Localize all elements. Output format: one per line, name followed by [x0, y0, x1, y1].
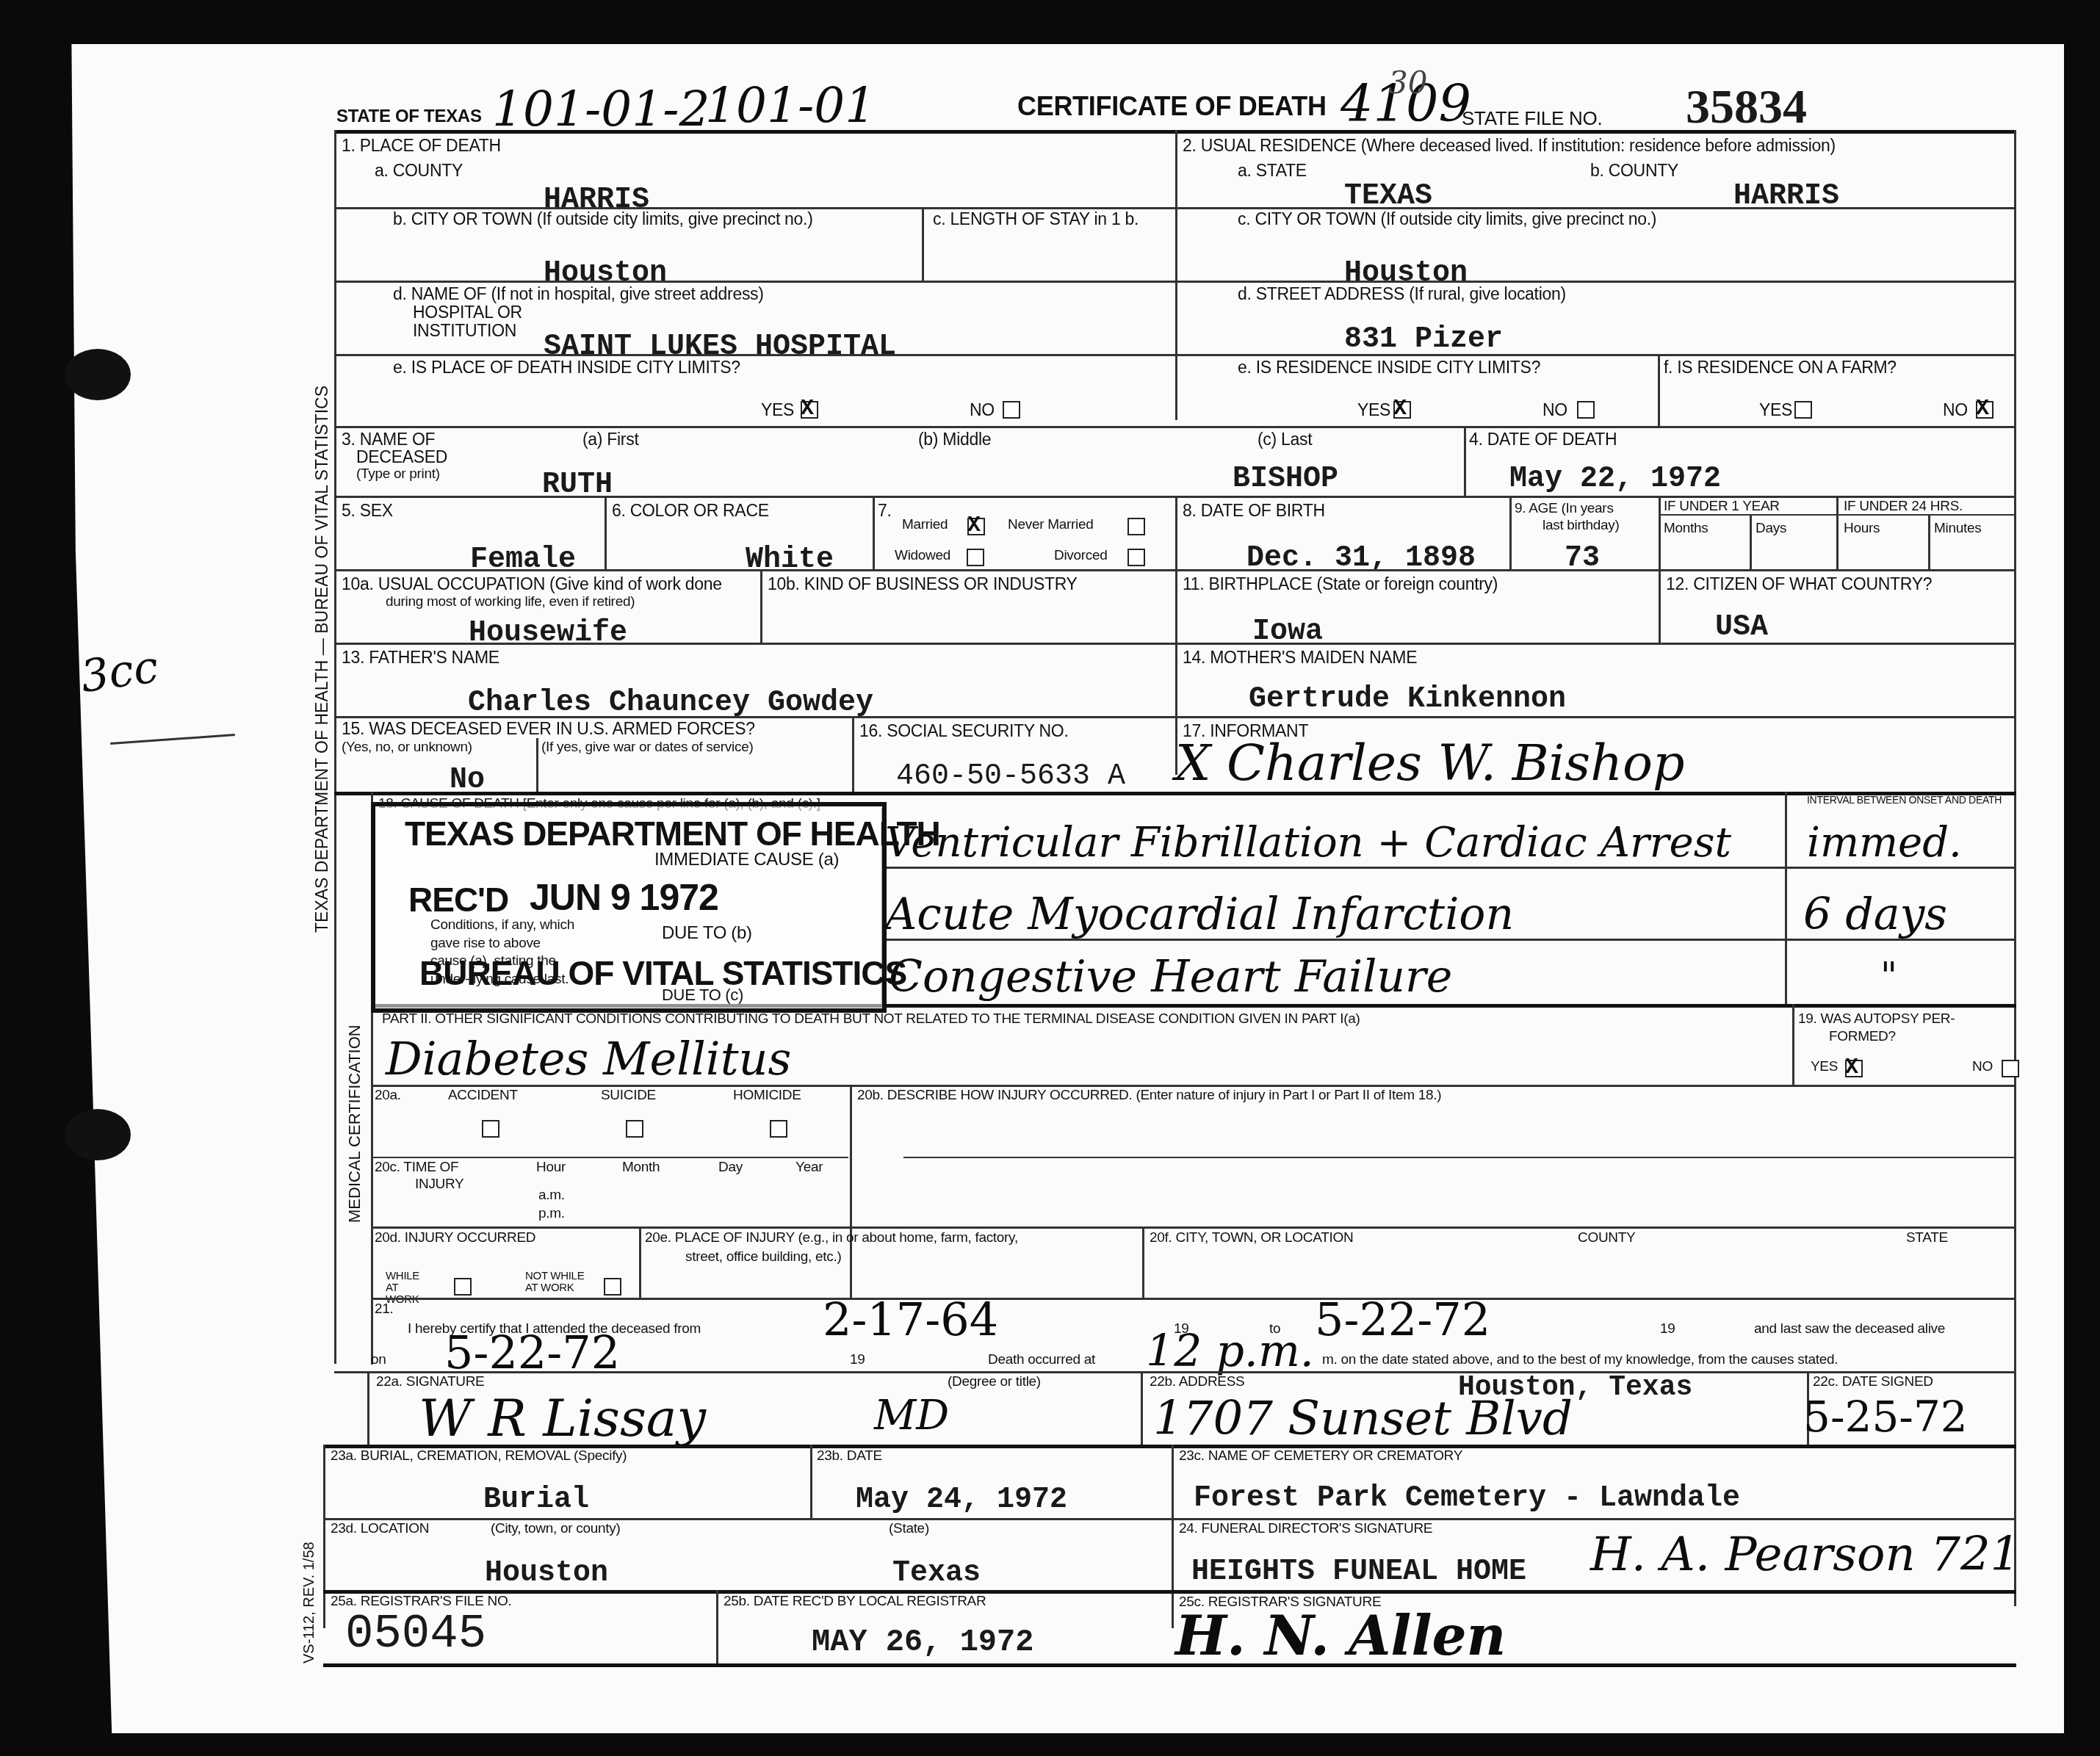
residence-inside-yes-label: YES: [1357, 401, 1390, 419]
rule: [334, 1371, 2016, 1373]
middle-name-label: (b) Middle: [918, 430, 991, 448]
rule: [1792, 1004, 1794, 1085]
race-value: White: [746, 543, 834, 577]
interval-c: ": [1880, 955, 1897, 997]
month-label: Month: [622, 1160, 660, 1175]
cemetery-value: Forest Park Cemetery - Lawndale: [1194, 1482, 1740, 1515]
death-occurred-label: Death occurred at: [988, 1353, 1095, 1367]
sex-value: Female: [470, 543, 576, 577]
rule: [536, 738, 538, 793]
ssn-value: 460-50-5633 A: [896, 760, 1125, 793]
registrar-signature: H. N. Allen: [1175, 1605, 1506, 1668]
last-name-label: (c) Last: [1258, 430, 1312, 448]
informant-signature: X Charles W. Bishop: [1175, 734, 1685, 792]
injury-county-label: COUNTY: [1578, 1231, 1635, 1246]
injury-occurred-label: 20d. INJURY OCCURRED: [375, 1231, 535, 1246]
rule: [334, 354, 1175, 356]
while-at-work-checkbox[interactable]: [454, 1278, 472, 1296]
rule: [881, 939, 2016, 941]
part2-value: Diabetes Mellitus: [386, 1032, 791, 1085]
autopsy-label: 19. WAS AUTOPSY PER-: [1798, 1012, 1955, 1027]
occupation-label: 10a. USUAL OCCUPATION (Give kind of work…: [342, 575, 722, 593]
rule: [760, 569, 762, 643]
accident-checkbox[interactable]: [482, 1120, 499, 1138]
autopsy-yes-label: YES: [1811, 1060, 1838, 1074]
place-of-injury-label-2: street, office building, etc.): [685, 1250, 841, 1265]
rule: [334, 281, 1175, 283]
last-name-value: BISHOP: [1233, 463, 1338, 496]
state-file-number: 35834: [1686, 79, 1807, 135]
rule: [371, 1085, 2016, 1087]
residence-street-label: d. STREET ADDRESS (If rural, give locati…: [1238, 285, 1566, 303]
rule: [1836, 496, 1839, 569]
rule: [367, 1371, 369, 1445]
name-label-3: (Type or print): [356, 467, 440, 482]
while-at-work-label: WHILE AT WORK: [386, 1271, 433, 1305]
months-label: Months: [1664, 521, 1708, 536]
rule: [1659, 514, 2016, 516]
never-married-label: Never Married: [1008, 518, 1093, 532]
industry-label: 10b. KIND OF BUSINESS OR INDUSTRY: [768, 575, 1078, 593]
burial-date-label: 23b. DATE: [817, 1449, 882, 1464]
physician-signature: W R Lissay: [419, 1388, 706, 1448]
hospital-label-2: HOSPITAL OR: [413, 303, 522, 321]
describe-injury-label: 20b. DESCRIBE HOW INJURY OCCURRED. (Ente…: [857, 1088, 1441, 1103]
degree-value: MD: [874, 1392, 949, 1439]
death-inside-no-checkbox[interactable]: [1003, 401, 1020, 419]
due-to-b-label: DUE TO (b): [662, 924, 752, 942]
place-of-injury-label: 20e. PLACE OF INJURY (e.g., in or about …: [645, 1231, 1018, 1246]
name-label-2: DECEASED: [356, 448, 447, 466]
suicide-label: SUICIDE: [601, 1088, 656, 1103]
autopsy-no-checkbox[interactable]: [2002, 1060, 2019, 1077]
rule: [1172, 1445, 1174, 1628]
signature-label: 22a. SIGNATURE: [376, 1375, 485, 1390]
burial-location-label: 23d. LOCATION: [331, 1522, 429, 1536]
rule: [334, 569, 2016, 571]
state-label: STATE OF TEXAS: [336, 107, 482, 126]
date-signed-label: 22c. DATE SIGNED: [1813, 1375, 1933, 1390]
suicide-checkbox[interactable]: [626, 1120, 643, 1138]
stamp-received-date: JUN 9 1972: [530, 876, 718, 919]
minutes-label: Minutes: [1934, 521, 1981, 536]
autopsy-yes-checkbox[interactable]: [1845, 1060, 1863, 1077]
rule: [323, 1663, 2016, 1667]
date-of-death-label: 4. DATE OF DEATH: [1469, 430, 1617, 448]
part2-label: PART II. OTHER SIGNIFICANT CONDITIONS CO…: [382, 1012, 1360, 1027]
autopsy-label-2: FORMED?: [1829, 1030, 1896, 1044]
divorced-label: Divorced: [1054, 549, 1108, 563]
burial-location-sub2: (State): [889, 1522, 929, 1536]
burial-location-sub1: (City, town, or county): [491, 1522, 620, 1536]
death-time-value: 12 p.m.: [1146, 1326, 1314, 1377]
rule: [334, 792, 2016, 795]
cause-c: Congestive Heart Failure: [889, 951, 1452, 1002]
certification-text-3: m. on the date stated above, and to the …: [1322, 1353, 1838, 1367]
first-name-label: (a) First: [582, 430, 639, 448]
hour-label: Hour: [536, 1160, 566, 1175]
rule: [1175, 354, 2016, 356]
rule: [334, 643, 2016, 645]
funeral-director-label: 24. FUNERAL DIRECTOR'S SIGNATURE: [1179, 1522, 1432, 1536]
punch-hole: [65, 1109, 131, 1160]
rule: [1509, 496, 1512, 569]
citizen-label: 12. CITIZEN OF WHAT COUNTRY?: [1666, 575, 1932, 593]
rule: [1175, 496, 1177, 775]
residence-county-label: b. COUNTY: [1590, 162, 1678, 179]
mother-value: Gertrude Kinkennon: [1249, 683, 1566, 716]
burial-date-value: May 24, 1972: [856, 1484, 1067, 1517]
not-while-at-work-label: NOT WHILE AT WORK: [525, 1271, 591, 1294]
married-checkbox[interactable]: [967, 518, 985, 535]
nineteen-label-3: 19: [850, 1353, 865, 1367]
interval-label: INTERVAL BETWEEN ONSET AND DEATH: [1807, 795, 2002, 806]
death-county-label: a. COUNTY: [375, 162, 463, 179]
rule: [810, 1445, 812, 1518]
rule: [371, 1298, 2016, 1300]
rule: [716, 1590, 718, 1663]
punch-hole: [65, 349, 131, 400]
date-of-death-value: May 22, 1972: [1509, 463, 1721, 496]
father-label: 13. FATHER'S NAME: [342, 648, 499, 666]
occupation-label-2: during most of working life, even if ret…: [386, 595, 635, 610]
am-label: a.m.: [538, 1188, 565, 1203]
rule: [1928, 514, 1930, 569]
farm-yes-label: YES: [1759, 401, 1792, 419]
attended-from-value: 2-17-64: [823, 1293, 998, 1346]
rule: [881, 867, 2016, 869]
rule: [1142, 1226, 1144, 1298]
rule: [371, 1226, 2016, 1229]
rule: [323, 1518, 2016, 1520]
accident-label: ACCIDENT: [448, 1088, 518, 1103]
rule: [334, 716, 2016, 718]
date-signed-value: 5-25-72: [1803, 1392, 1968, 1442]
residence-inside-city-label: e. IS RESIDENCE INSIDE CITY LIMITS?: [1238, 358, 1540, 376]
cause-a: Ventricular Fibrillation + Cardiac Arres…: [885, 819, 1731, 867]
rule: [850, 1085, 852, 1298]
stamp-line-1: TEXAS DEPARTMENT OF HEALTH: [405, 814, 940, 853]
age-label-2: last birthday): [1542, 519, 1620, 533]
autopsy-no-label: NO: [1972, 1060, 1993, 1074]
mother-label: 14. MOTHER'S MAIDEN NAME: [1183, 648, 1417, 666]
registrar-file-value: 05045: [345, 1608, 486, 1661]
margin-note: 3cc: [78, 641, 162, 703]
residence-inside-no-checkbox[interactable]: [1577, 401, 1595, 419]
dob-label: 8. DATE OF BIRTH: [1183, 502, 1325, 519]
rule: [1658, 354, 1660, 426]
farm-no-checkbox[interactable]: [1976, 401, 1993, 419]
rule: [1659, 569, 1661, 643]
form-number: VS-112, REV. 1/58: [301, 1542, 318, 1663]
rule: [873, 496, 875, 569]
cause-b: Acute Myocardial Infarction: [885, 889, 1514, 940]
residence-street-value: 831 Pizer: [1344, 323, 1503, 356]
burial-method-label: 23a. BURIAL, CREMATION, REMOVAL (Specify…: [331, 1449, 627, 1464]
handwritten-code-1: 101-01-2: [492, 81, 710, 137]
rule: [903, 1157, 2016, 1158]
registrar-date-label: 25b. DATE REC'D BY LOCAL REGISTRAR: [724, 1594, 986, 1609]
day-label: Day: [718, 1160, 743, 1175]
certification-text-2: and last saw the deceased alive: [1754, 1322, 1945, 1337]
never-married-checkbox[interactable]: [1127, 518, 1145, 535]
frame-left: [334, 130, 336, 1364]
time-of-injury-label-2: INJURY: [415, 1177, 463, 1192]
residence-inside-no-label: NO: [1542, 401, 1567, 419]
rule: [334, 426, 2016, 428]
pm-label: p.m.: [538, 1207, 565, 1221]
handwritten-superscript: 30: [1388, 65, 1427, 101]
farm-label: f. IS RESIDENCE ON A FARM?: [1664, 358, 1897, 376]
attended-to-value: 5-22-72: [1315, 1293, 1490, 1346]
farm-yes-checkbox[interactable]: [1794, 401, 1812, 419]
burial-state-value: Texas: [892, 1557, 981, 1590]
handwritten-code-2: 101-01: [705, 77, 876, 134]
hours-label: Hours: [1844, 521, 1880, 536]
funeral-director-signature: H. A. Pearson 721: [1590, 1528, 2020, 1582]
received-stamp: IMMEDIATE CAUSE (a) DUE TO (b) DUE TO (c…: [371, 802, 887, 1013]
not-while-at-work-checkbox[interactable]: [604, 1278, 621, 1296]
race-label: 6. COLOR OR RACE: [612, 502, 769, 519]
state-file-label: STATE FILE NO.: [1462, 109, 1602, 129]
interval-a: immed.: [1807, 819, 1962, 867]
cemetery-label: 23c. NAME OF CEMETERY OR CREMATORY: [1179, 1449, 1462, 1464]
occupation-value: Housewife: [469, 617, 627, 650]
homicide-checkbox[interactable]: [770, 1120, 787, 1138]
name-label: 3. NAME OF: [342, 430, 435, 448]
armed-forces-sub1: (Yes, no, or unknown): [342, 740, 472, 755]
degree-label: (Degree or title): [948, 1375, 1041, 1390]
rule: [605, 496, 607, 569]
rule: [1750, 514, 1752, 569]
widowed-checkbox[interactable]: [967, 549, 984, 566]
address-value: 1707 Sunset Blvd: [1153, 1392, 1573, 1446]
rule: [922, 207, 924, 281]
rule: [323, 1445, 325, 1628]
rule: [1785, 792, 1787, 1005]
death-inside-no-label: NO: [970, 401, 995, 419]
nineteen-label-2: 19: [1660, 1322, 1675, 1337]
under-year-label: IF UNDER 1 YEAR: [1664, 499, 1780, 514]
side-label-medical: MEDICAL CERTIFICATION: [345, 1025, 364, 1223]
age-label: 9. AGE (In years: [1515, 502, 1614, 516]
farm-no-label: NO: [1943, 401, 1968, 419]
rule: [1141, 1371, 1143, 1445]
death-inside-city-label: e. IS PLACE OF DEATH INSIDE CITY LIMITS?: [393, 358, 740, 376]
widowed-label: Widowed: [895, 549, 950, 563]
injury-state-label: STATE: [1906, 1231, 1948, 1246]
hospital-label: d. NAME OF (If not in hospital, give str…: [393, 285, 764, 303]
divorced-checkbox[interactable]: [1127, 549, 1145, 566]
registrar-file-label: 25a. REGISTRAR'S FILE NO.: [331, 1594, 511, 1609]
certification-num: 21.: [375, 1302, 394, 1317]
address-label: 22b. ADDRESS: [1150, 1375, 1244, 1390]
homicide-label: HOMICIDE: [733, 1088, 801, 1103]
rule: [1659, 496, 1661, 569]
rule: [323, 1590, 2016, 1594]
marital-label: 7.: [878, 502, 892, 519]
registrar-date-value: MAY 26, 1972: [812, 1625, 1033, 1660]
rule: [852, 716, 854, 793]
sex-label: 5. SEX: [342, 502, 393, 519]
residence-inside-yes-checkbox[interactable]: [1393, 401, 1411, 419]
under-day-label: IF UNDER 24 HRS.: [1844, 499, 1963, 514]
days-label: Days: [1756, 521, 1786, 536]
hospital-label-3: INSTITUTION: [413, 322, 516, 339]
col-divider-top: [1175, 130, 1177, 420]
length-of-stay-label: c. LENGTH OF STAY in 1 b.: [933, 210, 1139, 228]
residence-city-label: c. CITY OR TOWN (If outside city limits,…: [1238, 210, 1656, 228]
burial-method-value: Burial: [483, 1484, 589, 1517]
stamp-line-3: BUREAU OF VITAL STATISTICS: [419, 953, 906, 993]
on-label: on: [371, 1353, 386, 1367]
birthplace-label: 11. BIRTHPLACE (State or foreign country…: [1183, 575, 1498, 593]
rule: [639, 1226, 641, 1298]
ssn-label: 16. SOCIAL SECURITY NO.: [859, 722, 1069, 740]
armed-forces-label: 15. WAS DECEASED EVER IN U.S. ARMED FORC…: [342, 720, 755, 737]
citizen-value: USA: [1715, 611, 1768, 644]
burial-city-value: Houston: [485, 1557, 608, 1590]
injury-num: 20a.: [375, 1088, 401, 1103]
rule: [1175, 281, 2016, 283]
married-label: Married: [902, 518, 948, 532]
document-title: CERTIFICATE OF DEATH: [1017, 93, 1327, 120]
residence-label: 2. USUAL RESIDENCE (Where deceased lived…: [1183, 137, 1836, 154]
stamp-received-prefix: REC'D: [408, 880, 508, 919]
place-of-death-label: 1. PLACE OF DEATH: [342, 137, 501, 154]
funeral-home-value: HEIGHTS FUNEAL HOME: [1191, 1556, 1526, 1589]
father-value: Charles Chauncey Gowdey: [468, 687, 873, 720]
death-inside-yes-label: YES: [761, 401, 794, 419]
injury-city-label: 20f. CITY, TOWN, OR LOCATION: [1150, 1231, 1353, 1246]
year-label: Year: [795, 1160, 823, 1175]
residence-state-label: a. STATE: [1238, 162, 1307, 179]
interval-b: 6 days: [1803, 889, 1947, 940]
time-of-injury-label: 20c. TIME OF: [375, 1160, 458, 1175]
death-inside-yes-checkbox[interactable]: [801, 401, 818, 419]
side-label-agency: TEXAS DEPARTMENT OF HEALTH — BUREAU OF V…: [312, 386, 332, 933]
death-city-label: b. CITY OR TOWN (If outside city limits,…: [393, 210, 813, 228]
armed-forces-sub2: (If yes, give war or dates of service): [541, 740, 753, 755]
rule: [1464, 426, 1466, 496]
rule: [371, 1157, 848, 1158]
